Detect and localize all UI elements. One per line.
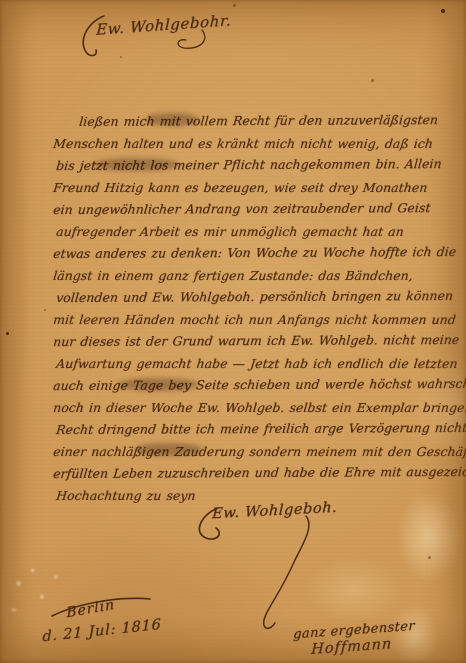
handwritten-line: Recht dringend bitte ich meine freilich … [52, 417, 460, 441]
handwritten-line: längst in einem ganz fertigen Zustande: … [52, 265, 460, 287]
paper-speck [44, 309, 46, 311]
paper-speck [233, 4, 236, 7]
handwritten-line: etwas anderes zu denken: Von Woche zu Wo… [52, 241, 460, 265]
handwritten-line: einer nachläßigen Zauderung sondern mein… [52, 441, 460, 463]
handwritten-line: nur dieses ist der Grund warum ich Ew. W… [52, 329, 460, 353]
body-lines: ließen mich mit vollem Recht für den unz… [52, 111, 458, 507]
handwritten-line: ließen mich mit vollem Recht für den unz… [52, 109, 460, 133]
handwritten-line: ein ungewöhnlicher Andrang von zeitraube… [52, 197, 460, 221]
letter-scan: Ew. Wohlgebohr. ließen mich mit vollem R… [0, 0, 466, 663]
place-line: Berlin [66, 597, 116, 622]
handwritten-line: Aufwartung gemacht habe — Jetzt hab ich … [52, 353, 460, 375]
handwritten-line: bis jetzt nicht los meiner Pflicht nachg… [52, 153, 460, 177]
handwritten-line: mit leeren Händen mocht ich nun Anfangs … [52, 309, 460, 331]
paper-speck [120, 56, 122, 58]
handwritten-line: noch in dieser Woche Ew. Wohlgeb. selbst… [52, 397, 460, 419]
handwritten-line: vollenden und Ew. Wohlgeboh. persönlich … [52, 285, 460, 309]
paper-speck [371, 79, 374, 82]
handwritten-line: auch einige Tage bey Seite schieben und … [52, 373, 460, 397]
paper-speck [428, 556, 431, 559]
handwritten-line: erfüllten Leben zuzuschreiben und habe d… [52, 461, 460, 485]
handwritten-line: Freund Hitzig kann es bezeugen, wie seit… [52, 177, 460, 199]
handwritten-line: Menschen halten und es kränkt mich nicht… [52, 133, 460, 155]
paper-speck [6, 332, 9, 335]
handwritten-line: aufregender Arbeit es mir unmöglich gema… [52, 221, 460, 243]
paper-speck [441, 9, 445, 13]
date-line: d. 21 Jul: 1816 [42, 617, 161, 646]
salutation: Ew. Wohlgebohr. [96, 11, 232, 39]
